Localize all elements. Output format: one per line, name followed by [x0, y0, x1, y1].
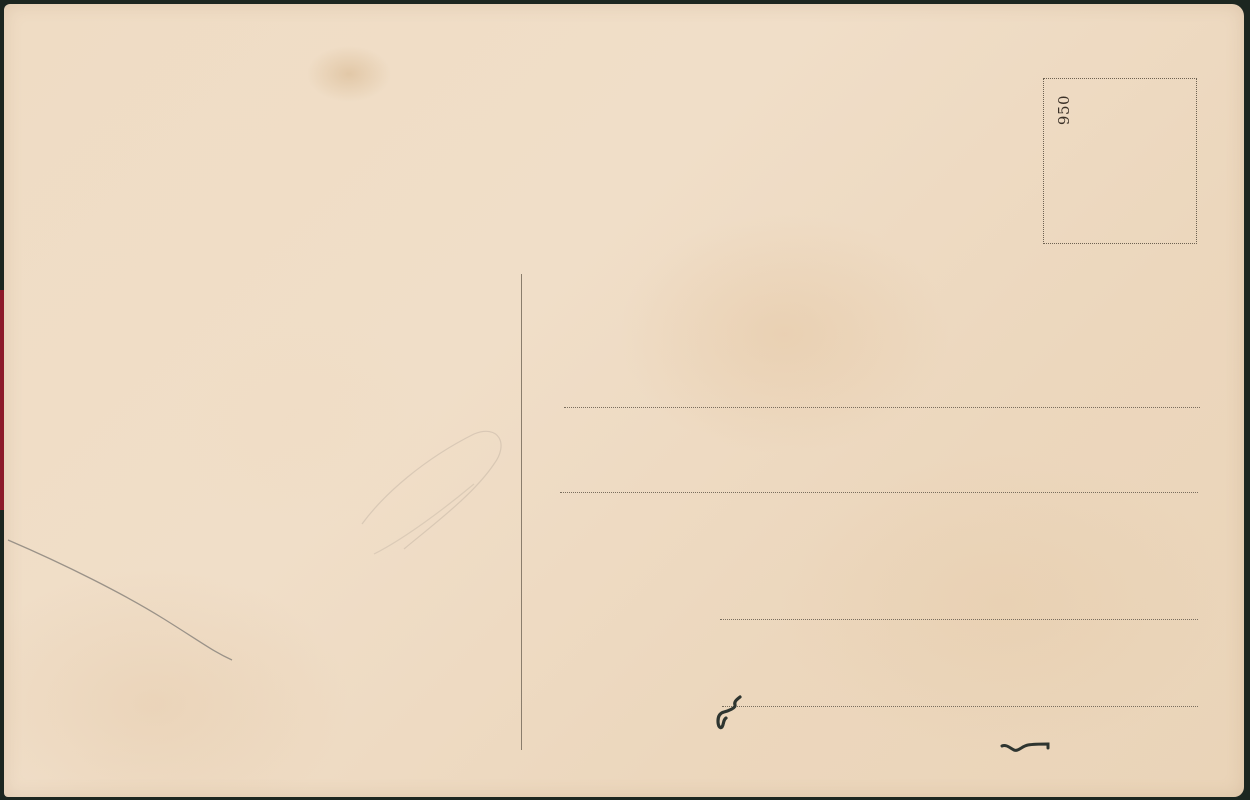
postcard-back: 950	[4, 4, 1244, 797]
address-line-4	[722, 706, 1198, 707]
scan-background: 950	[0, 0, 1250, 800]
address-line-3	[720, 619, 1198, 620]
message-address-divider	[521, 274, 522, 750]
stamp-number: 950	[1049, 94, 1079, 126]
stamp-number-text: 950	[1055, 95, 1073, 125]
ink-mark-left	[710, 694, 750, 734]
ink-mark-right	[1000, 740, 1054, 760]
address-line-1	[564, 407, 1200, 408]
address-line-2	[560, 492, 1198, 493]
